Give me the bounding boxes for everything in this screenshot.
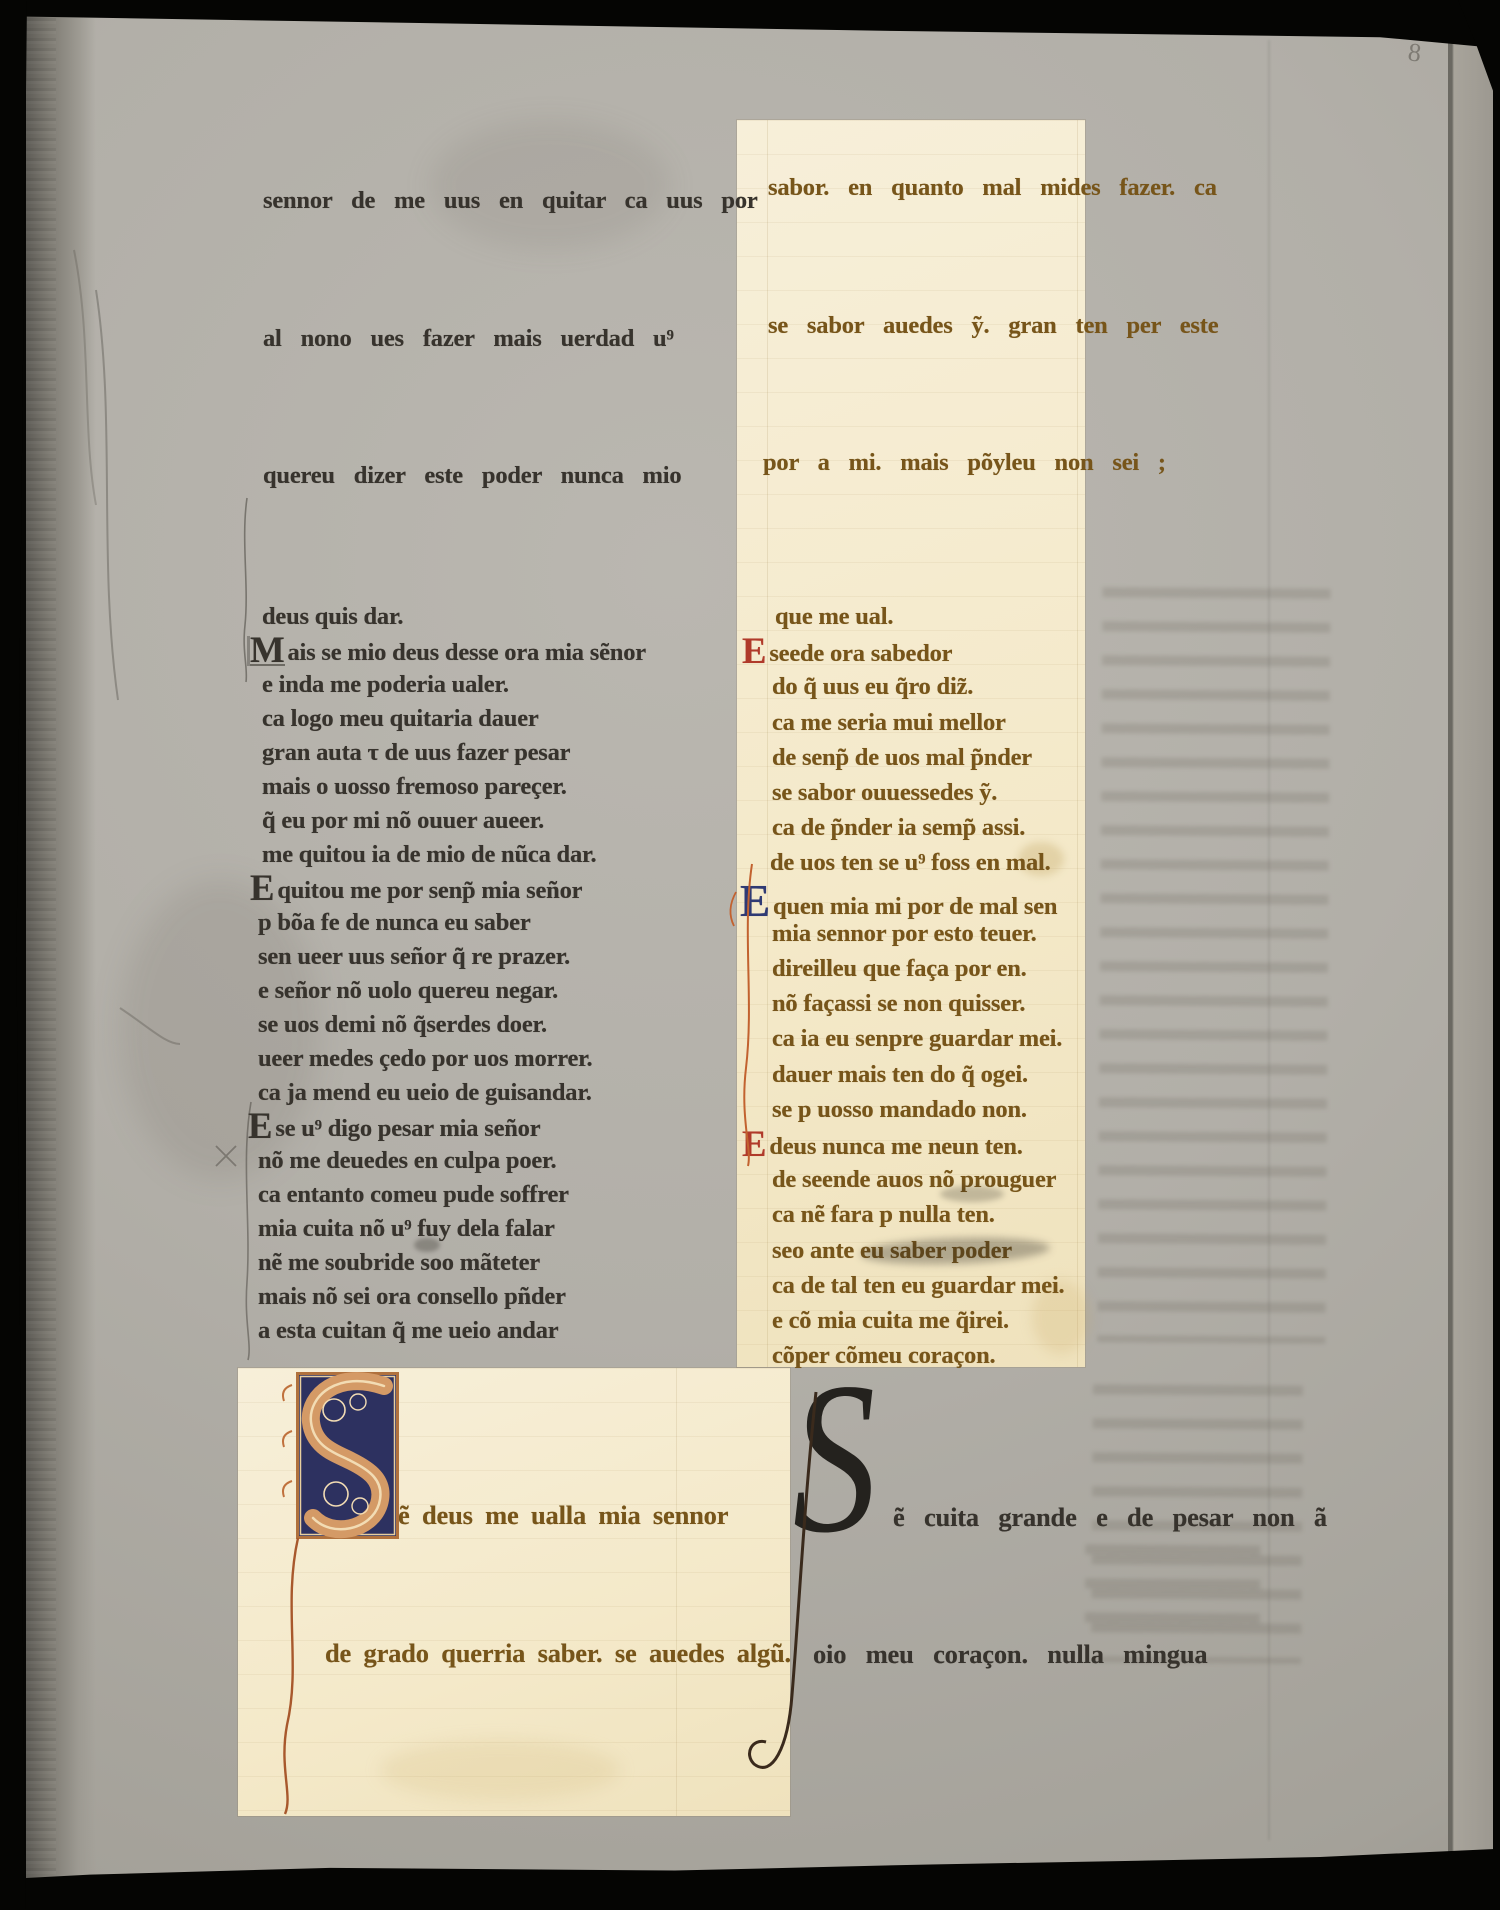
line-text: se sabor ouuessedes ỹ. xyxy=(772,779,997,806)
verse-line: ueer medes çedo por uos morrer. xyxy=(258,1044,592,1074)
line-text: do q̃ uus eu q̃ro diz̃. xyxy=(772,673,973,700)
verse-line: de senp̃ de uos mal p̃nder xyxy=(772,743,1032,773)
decorated-initial: E xyxy=(250,874,274,902)
line-text: se p uosso mandado non. xyxy=(772,1096,1027,1123)
verse-line: me quitou ia de mio de nũca dar. xyxy=(262,840,596,870)
verse-line: al nono ues fazer mais uerdad u⁹ xyxy=(263,324,674,354)
verse-line: ca logo meu quitaria dauer xyxy=(262,704,539,734)
verse-line: Edeus nunca me neun ten. xyxy=(742,1130,1023,1162)
line-text: me quitou ia de mio de nũca dar. xyxy=(262,841,596,868)
line-text: ais se mio deus desse ora mia sẽnor xyxy=(288,639,646,666)
verse-line: ca nẽ fara p nulla ten. xyxy=(772,1200,995,1230)
page-crease xyxy=(1268,40,1270,1840)
line-text: mais nõ sei ora consello pñder xyxy=(258,1283,566,1310)
verse-line: do q̃ uus eu q̃ro diz̃. xyxy=(772,672,973,702)
line-text: nõ me deuedes en culpa poer. xyxy=(258,1147,556,1174)
verse-line: Equitou me por senp̃ mia señor xyxy=(250,874,582,906)
decorated-initial: M xyxy=(250,636,285,666)
verse-line: mia sennor por esto teuer. xyxy=(772,919,1037,949)
verse-line: ca de tal ten eu guardar mei. xyxy=(772,1271,1064,1301)
swash-initial-s: S xyxy=(788,1348,880,1567)
verse-line: ca ja mend eu ueio de guisandar. xyxy=(258,1078,592,1108)
verse-line: se sabor ouuessedes ỹ. xyxy=(772,778,997,808)
verse-line: que me ual. xyxy=(775,602,893,632)
verse-line: dauer mais ten do q̃ ogei. xyxy=(772,1060,1028,1090)
line-text: se uos demi nõ q̃serdes doer. xyxy=(258,1011,547,1038)
verse-line: ẽ cuita grande e de pesar non ã xyxy=(893,1502,1327,1532)
verse-line: sen ueer uus señor q̃ re prazer. xyxy=(258,942,570,972)
line-text: seo ante eu saber poder xyxy=(772,1237,1012,1264)
line-text: ca de p̃nder ia semp̃ assi. xyxy=(772,814,1025,841)
line-text: quen mia mi por de mal sen xyxy=(773,893,1057,920)
line-text: deus quis dar. xyxy=(262,603,403,630)
manuscript-photo: sennor de me uus en quitar ca uus poral … xyxy=(0,0,1500,1910)
verse-line: Eseede ora sabedor xyxy=(742,637,952,669)
verse-line: Equen mia mi por de mal sen xyxy=(740,884,1057,922)
line-text: a esta cuitan q̃ me ueio andar xyxy=(258,1317,558,1344)
book-spine-edge xyxy=(26,8,96,1882)
verse-line: ca me seria mui mellor xyxy=(772,708,1006,738)
decorated-initial: E xyxy=(742,637,766,665)
line-text: p bõa fe de nunca eu saber xyxy=(258,909,531,936)
line-text: sen ueer uus señor q̃ re prazer. xyxy=(258,943,570,970)
line-text: que me ual. xyxy=(775,603,893,630)
verse-line: direilleu que faça por en. xyxy=(772,954,1027,984)
photo-background xyxy=(1493,0,1500,1910)
line-text: mia cuita nõ u⁹ fuy dela falar xyxy=(258,1215,555,1242)
verse-line: nẽ me soubride soo mãteter xyxy=(258,1248,540,1278)
verse-line: seo ante eu saber poder xyxy=(772,1236,1012,1266)
verse-line: nõ me deuedes en culpa poer. xyxy=(258,1146,556,1176)
line-text: ca me seria mui mellor xyxy=(772,709,1006,736)
page-fore-edge xyxy=(1448,18,1494,1864)
line-text: se u⁹ digo pesar mia señor xyxy=(275,1115,540,1142)
line-text: q̃ eu por mi nõ ouuer aueer. xyxy=(262,807,544,834)
verse-line: gran auta τ de uus fazer pesar xyxy=(262,738,570,768)
verse-line: se uos demi nõ q̃serdes doer. xyxy=(258,1010,547,1040)
verse-line: de seende auos nõ prouguer xyxy=(772,1165,1056,1195)
verse-line: nõ façassi se non quisser. xyxy=(772,989,1025,1019)
verse-line: Ese u⁹ digo pesar mia señor xyxy=(248,1112,540,1144)
line-text: nõ façassi se non quisser. xyxy=(772,990,1025,1017)
decorated-initial: E xyxy=(740,884,770,918)
line-text: seede ora sabedor xyxy=(769,640,952,667)
verse-line: mais o uosso fremoso pareçer. xyxy=(262,772,567,802)
verse-line: e inda me poderia ualer. xyxy=(262,670,509,700)
line-text: ẽ deus me ualla mia sennor xyxy=(398,1500,728,1530)
line-text: por a mi. mais põyleu non sei ; xyxy=(763,449,1166,476)
line-text: nẽ me soubride soo mãteter xyxy=(258,1249,540,1276)
line-text: de seende auos nõ prouguer xyxy=(772,1166,1056,1193)
line-text: ueer medes çedo por uos morrer. xyxy=(258,1045,592,1072)
verse-line: mais nõ sei ora consello pñder xyxy=(258,1282,566,1312)
line-text: al nono ues fazer mais uerdad u⁹ xyxy=(263,325,674,352)
verse-line: se p uosso mandado non. xyxy=(772,1095,1027,1125)
line-text: quereu dizer este poder nunca mio xyxy=(263,462,681,489)
line-text: gran auta τ de uus fazer pesar xyxy=(262,739,570,766)
line-text: direilleu que faça por en. xyxy=(772,955,1027,982)
line-text: e cõ mia cuita me q̃irei. xyxy=(772,1307,1009,1334)
verse-line: ca entanto comeu pude soffrer xyxy=(258,1180,569,1210)
verse-line: e señor nõ uolo quereu negar. xyxy=(258,976,558,1006)
line-text: mia sennor por esto teuer. xyxy=(772,920,1037,947)
verse-line: ca ia eu senpre guardar mei. xyxy=(772,1024,1062,1054)
line-text: sennor de me uus en quitar ca uus por xyxy=(263,187,758,214)
verse-line: sennor de me uus en quitar ca uus por xyxy=(263,186,758,216)
verse-line: de uos ten se u⁹ foss en mal. xyxy=(770,848,1051,878)
line-text: deus nunca me neun ten. xyxy=(769,1133,1022,1160)
line-text: ca ja mend eu ueio de guisandar. xyxy=(258,1079,592,1106)
line-text: oio meu coraçon. nulla mingua xyxy=(813,1639,1207,1669)
verse-line: oio meu coraçon. nulla mingua xyxy=(813,1639,1207,1669)
line-text: ca entanto comeu pude soffrer xyxy=(258,1181,569,1208)
verse-line: Mais se mio deus desse ora mia sẽnor xyxy=(250,636,646,668)
decorated-initial: E xyxy=(248,1112,272,1140)
verse-line: ẽ deus me ualla mia sennor xyxy=(398,1500,728,1530)
verse-line: se sabor auedes ỹ. gran ten per este xyxy=(768,311,1218,341)
verse-line: ca de p̃nder ia semp̃ assi. xyxy=(772,813,1025,843)
verse-line: mia cuita nõ u⁹ fuy dela falar xyxy=(258,1214,555,1244)
verse-line: sabor. en quanto mal mides fazer. ca xyxy=(768,173,1217,203)
line-text: de grado querria saber. se auedes algũ. xyxy=(325,1638,791,1668)
verse-line: por a mi. mais põyleu non sei ; xyxy=(763,448,1166,478)
line-text: e señor nõ uolo quereu negar. xyxy=(258,977,558,1004)
line-text: ca de tal ten eu guardar mei. xyxy=(772,1272,1064,1299)
line-text: mais o uosso fremoso pareçer. xyxy=(262,773,567,800)
line-text: ẽ cuita grande e de pesar non ã xyxy=(893,1502,1327,1532)
verse-line: q̃ eu por mi nõ ouuer aueer. xyxy=(262,806,544,836)
line-text: sabor. en quanto mal mides fazer. ca xyxy=(768,174,1217,201)
line-text: se sabor auedes ỹ. gran ten per este xyxy=(768,312,1218,339)
verse-line: a esta cuitan q̃ me ueio andar xyxy=(258,1316,558,1346)
verse-line: p bõa fe de nunca eu saber xyxy=(258,908,531,938)
line-text: e inda me poderia ualer. xyxy=(262,671,509,698)
line-text: quitou me por senp̃ mia señor xyxy=(277,877,582,904)
line-text: de uos ten se u⁹ foss en mal. xyxy=(770,849,1051,876)
decorated-initial: E xyxy=(742,1130,766,1158)
verse-line: deus quis dar. xyxy=(262,602,403,632)
verse-line: quereu dizer este poder nunca mio xyxy=(263,461,681,491)
line-text: dauer mais ten do q̃ ogei. xyxy=(772,1061,1028,1088)
verse-line: e cõ mia cuita me q̃irei. xyxy=(772,1306,1009,1336)
line-text: ca logo meu quitaria dauer xyxy=(262,705,539,732)
facsimile-overlay-bottom-left xyxy=(238,1368,790,1816)
line-text: de senp̃ de uos mal p̃nder xyxy=(772,744,1032,771)
line-text: ca ia eu senpre guardar mei. xyxy=(772,1025,1062,1052)
verse-line: de grado querria saber. se auedes algũ. xyxy=(325,1638,791,1668)
line-text: ca nẽ fara p nulla ten. xyxy=(772,1201,995,1228)
